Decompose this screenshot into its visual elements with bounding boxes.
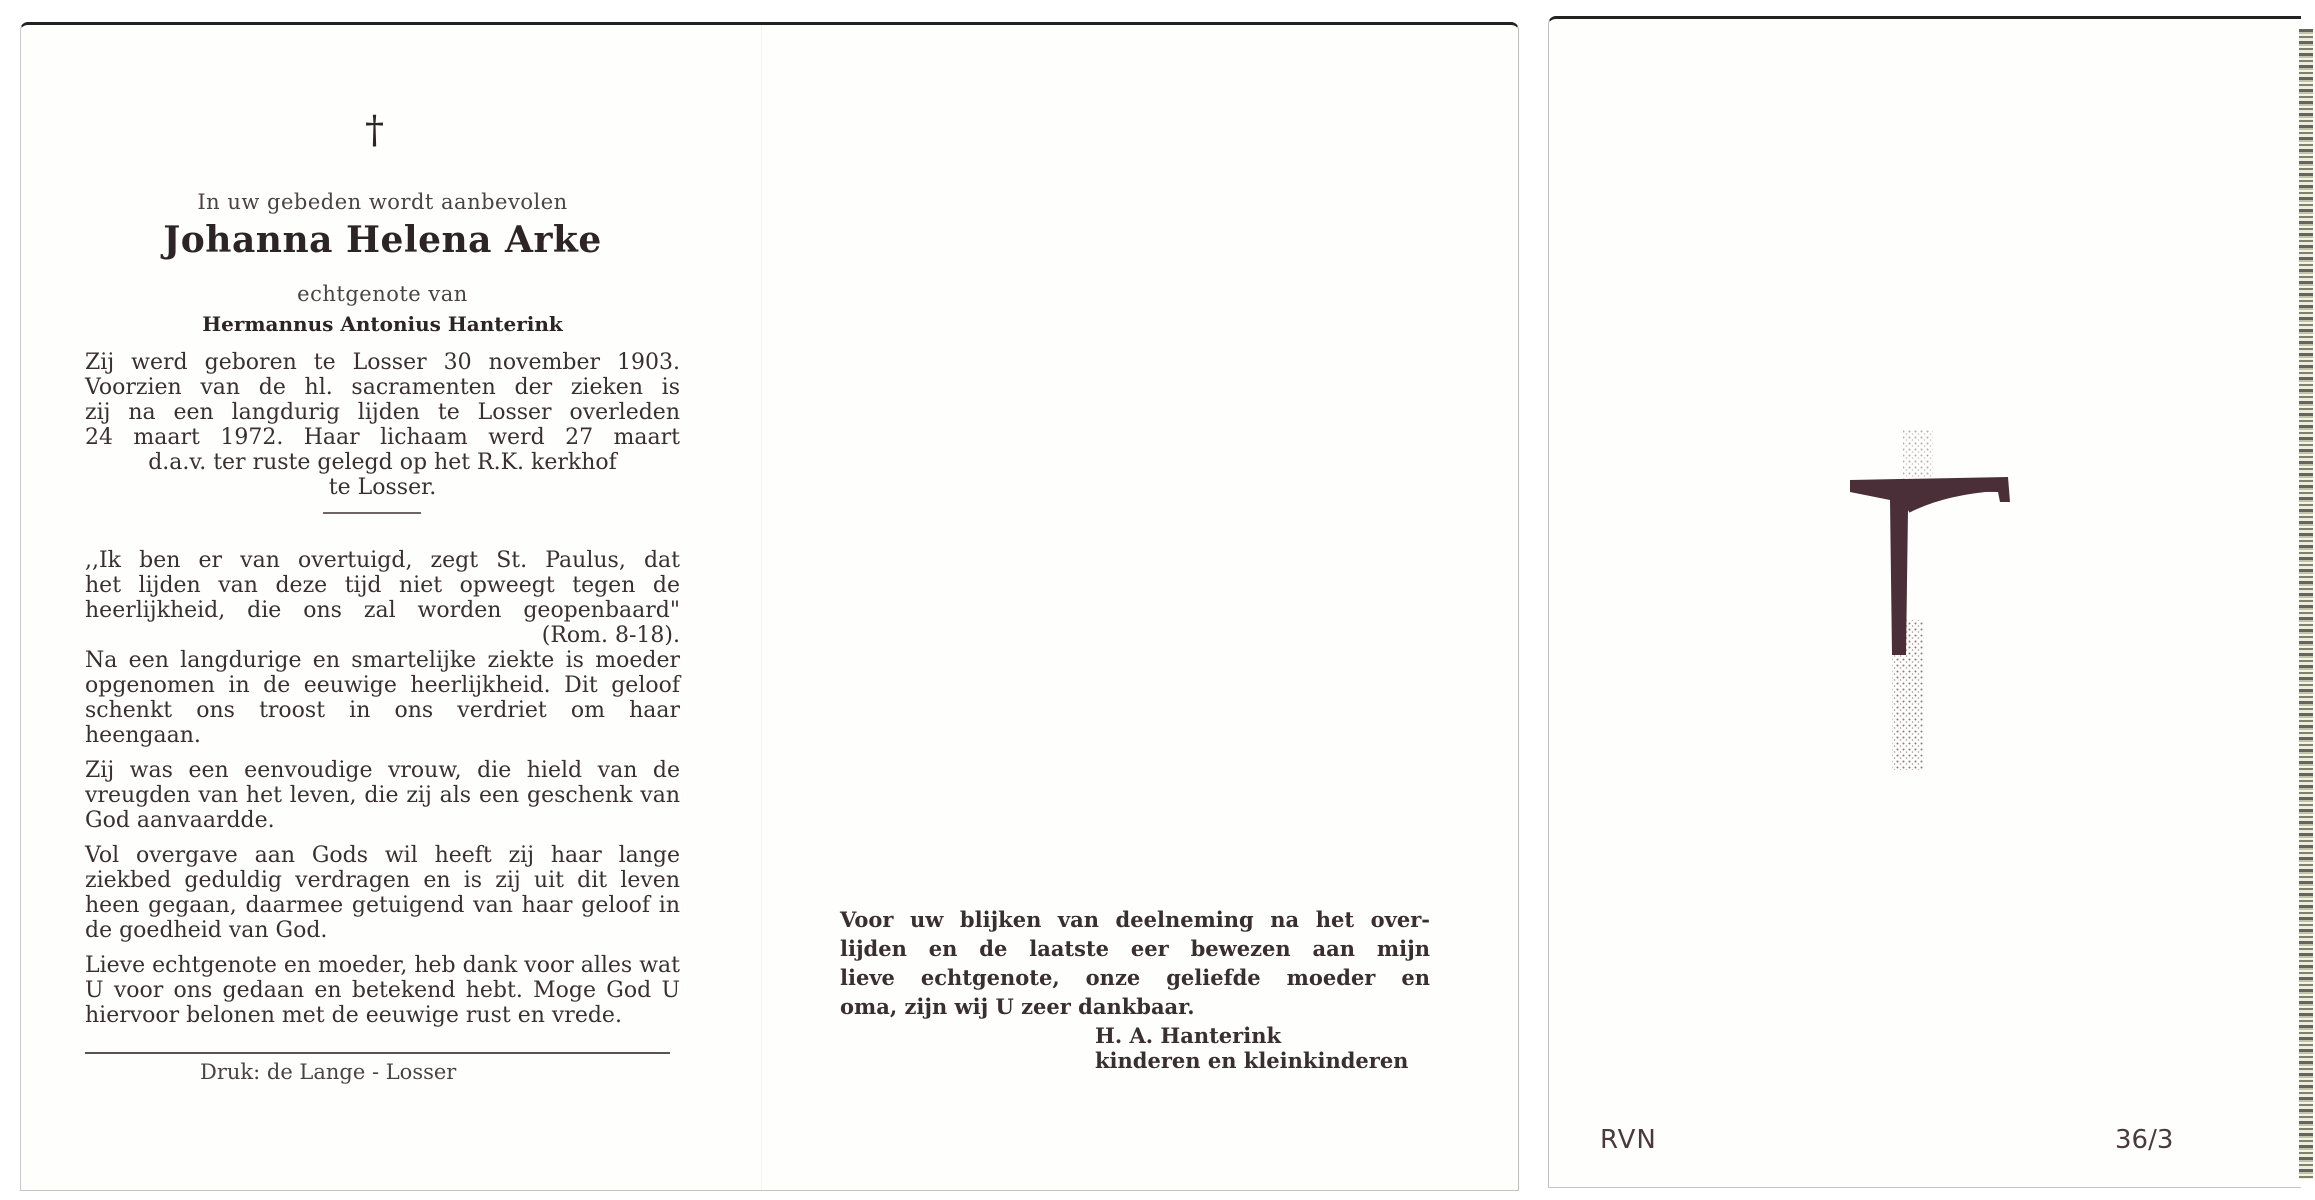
thanks-line: lieve echtgenote, onze geliefde moeder e… [840, 963, 1430, 992]
thanks-line: Voor uw blijken van deelneming na het ov… [840, 905, 1430, 934]
paragraph: Vol overgave aan Gods wil heeft zij haar… [85, 843, 680, 943]
bio-line: zij na een langdurig lijden te Losser ov… [85, 400, 680, 425]
signature-line: H. A. Hanterink [840, 1023, 1430, 1048]
printer-credit: Druk: de Lange - Losser [200, 1060, 456, 1084]
cross-icon: † [365, 108, 384, 152]
card-fold-line [761, 25, 762, 1190]
card-number: 36/3 [2115, 1125, 2173, 1155]
paragraph: Lieve echtgenote en moeder, heb dank voo… [85, 953, 680, 1028]
quote-line: heerlijkheid, die ons zal worden geopenb… [85, 598, 680, 623]
bio-line: d.a.v. ter ruste gelegd op het R.K. kerk… [85, 450, 680, 475]
intro-text: In uw gebeden wordt aanbevolen [85, 190, 680, 215]
thanks-line: lijden en de laatste eer bewezen aan mij… [840, 934, 1430, 963]
bio-line: 24 maart 1972. Haar lichaam werd 27 maar… [85, 425, 680, 450]
biography: Zij werd geboren te Losser 30 november 1… [85, 350, 680, 500]
thank-you-note: Voor uw blijken van deelneming na het ov… [840, 905, 1430, 1073]
memorial-paragraphs: Na een langdurige en smartelijke ziekte … [85, 648, 680, 1038]
crucifix-icon [1848, 430, 2013, 770]
bio-line: Voorzien van de hl. sacramenten der ziek… [85, 375, 680, 400]
spouse-label: echtgenote van [85, 282, 680, 307]
signature-line: kinderen en kleinkinderen [840, 1048, 1430, 1073]
deckled-edge [2299, 29, 2313, 1179]
divider [323, 512, 421, 514]
spouse-name: Hermannus Antonius Hanterink [85, 312, 680, 337]
paragraph: Zij was een eenvoudige vrouw, die hield … [85, 758, 680, 833]
quote-line: het lijden van deze tijd niet opweegt te… [85, 573, 680, 598]
deceased-name: Johanna Helena Arke [85, 228, 680, 253]
scripture-quote: ,,Ik ben er van overtuigd, zegt St. Paul… [85, 548, 680, 648]
artist-initials: RVN [1600, 1125, 1657, 1155]
thanks-line: oma, zijn wij U zeer dankbaar. [840, 992, 1430, 1021]
quote-line: ,,Ik ben er van overtuigd, zegt St. Paul… [85, 548, 680, 573]
bio-line: Zij werd geboren te Losser 30 november 1… [85, 350, 680, 375]
paragraph: Na een langdurige en smartelijke ziekte … [85, 648, 680, 748]
bio-line: te Losser. [85, 475, 680, 500]
divider [85, 1052, 670, 1054]
quote-reference: (Rom. 8-18). [85, 623, 680, 648]
